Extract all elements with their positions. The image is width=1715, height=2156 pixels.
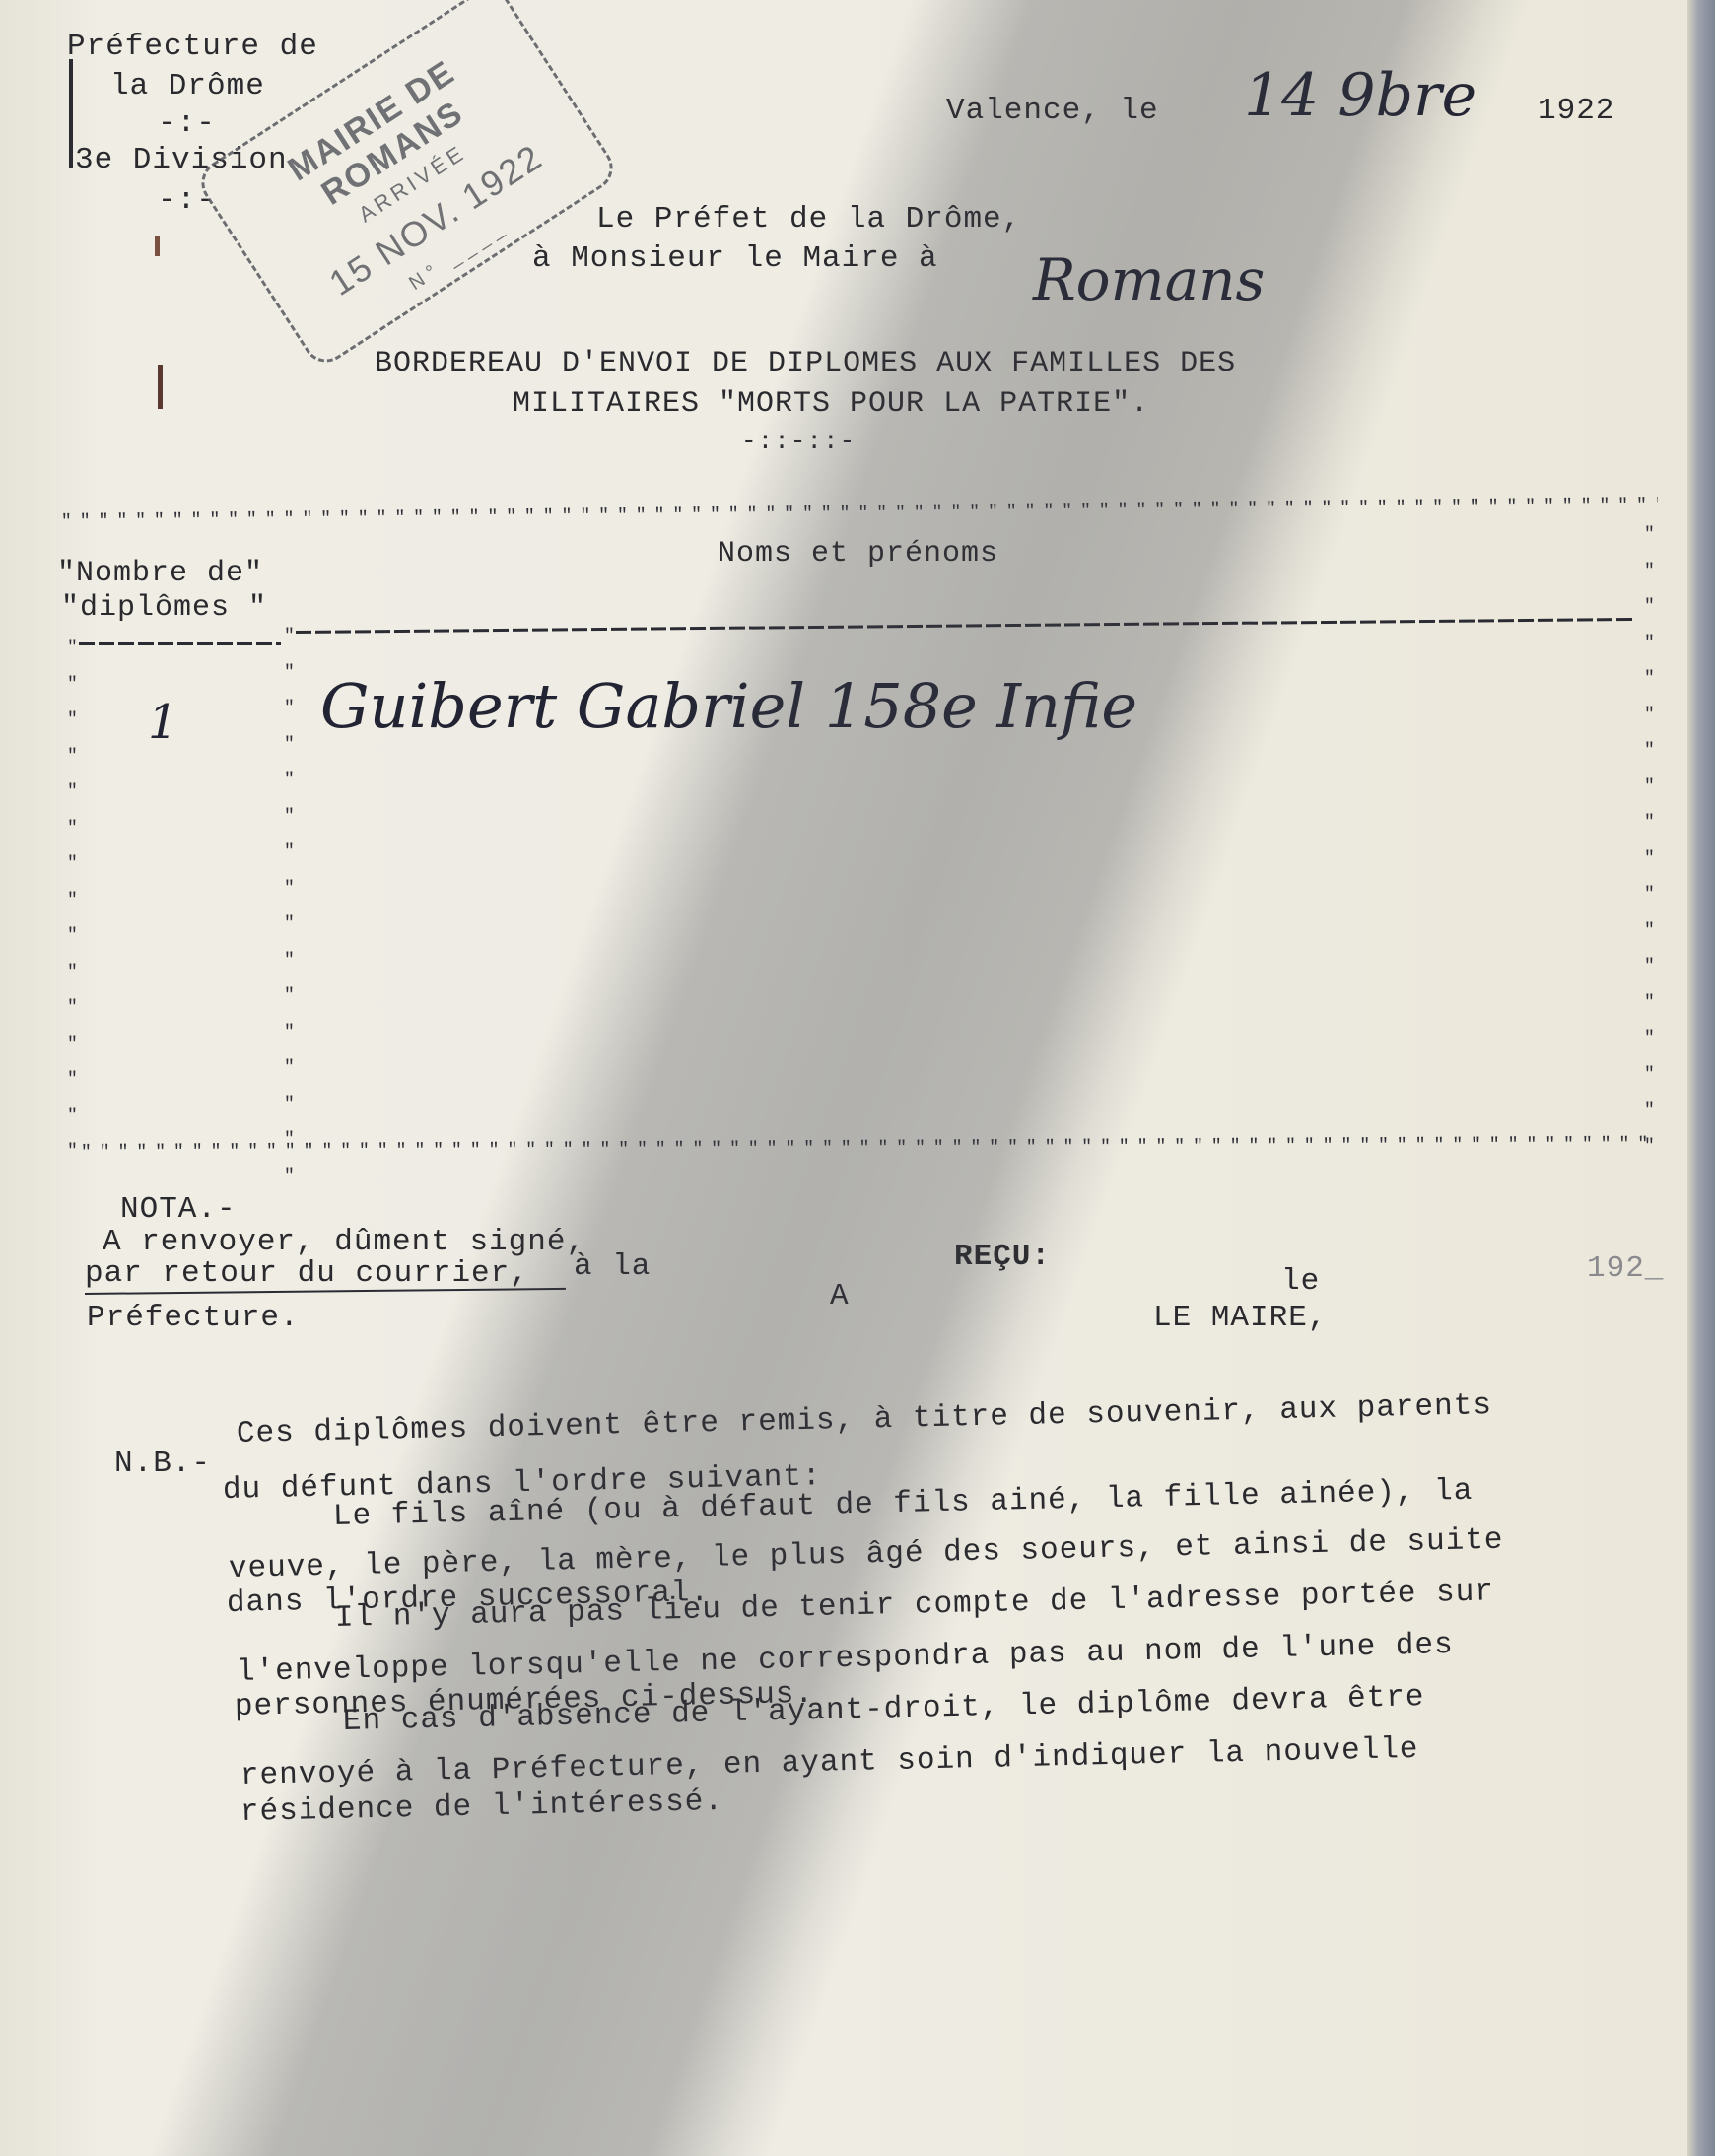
nb-line: l'enveloppe lorsqu'elle ne correspondra … [237, 1628, 1454, 1690]
page-edge [1687, 0, 1715, 2156]
document-page: Préfecture de la Drôme -:- 3e Division -… [0, 0, 1687, 2156]
nb-line: renvoyé à la Préfecture, en ayant soin d… [240, 1732, 1419, 1793]
nb-label: N.B.- [114, 1447, 211, 1481]
nb-line: Ces diplômes doivent être remis, à titre… [237, 1388, 1493, 1451]
nb-line: veuve, le père, la mère, le plus âgé des… [229, 1523, 1504, 1586]
nb-block: N.B.- Ces diplômes doivent être remis, à… [0, 0, 1687, 2156]
